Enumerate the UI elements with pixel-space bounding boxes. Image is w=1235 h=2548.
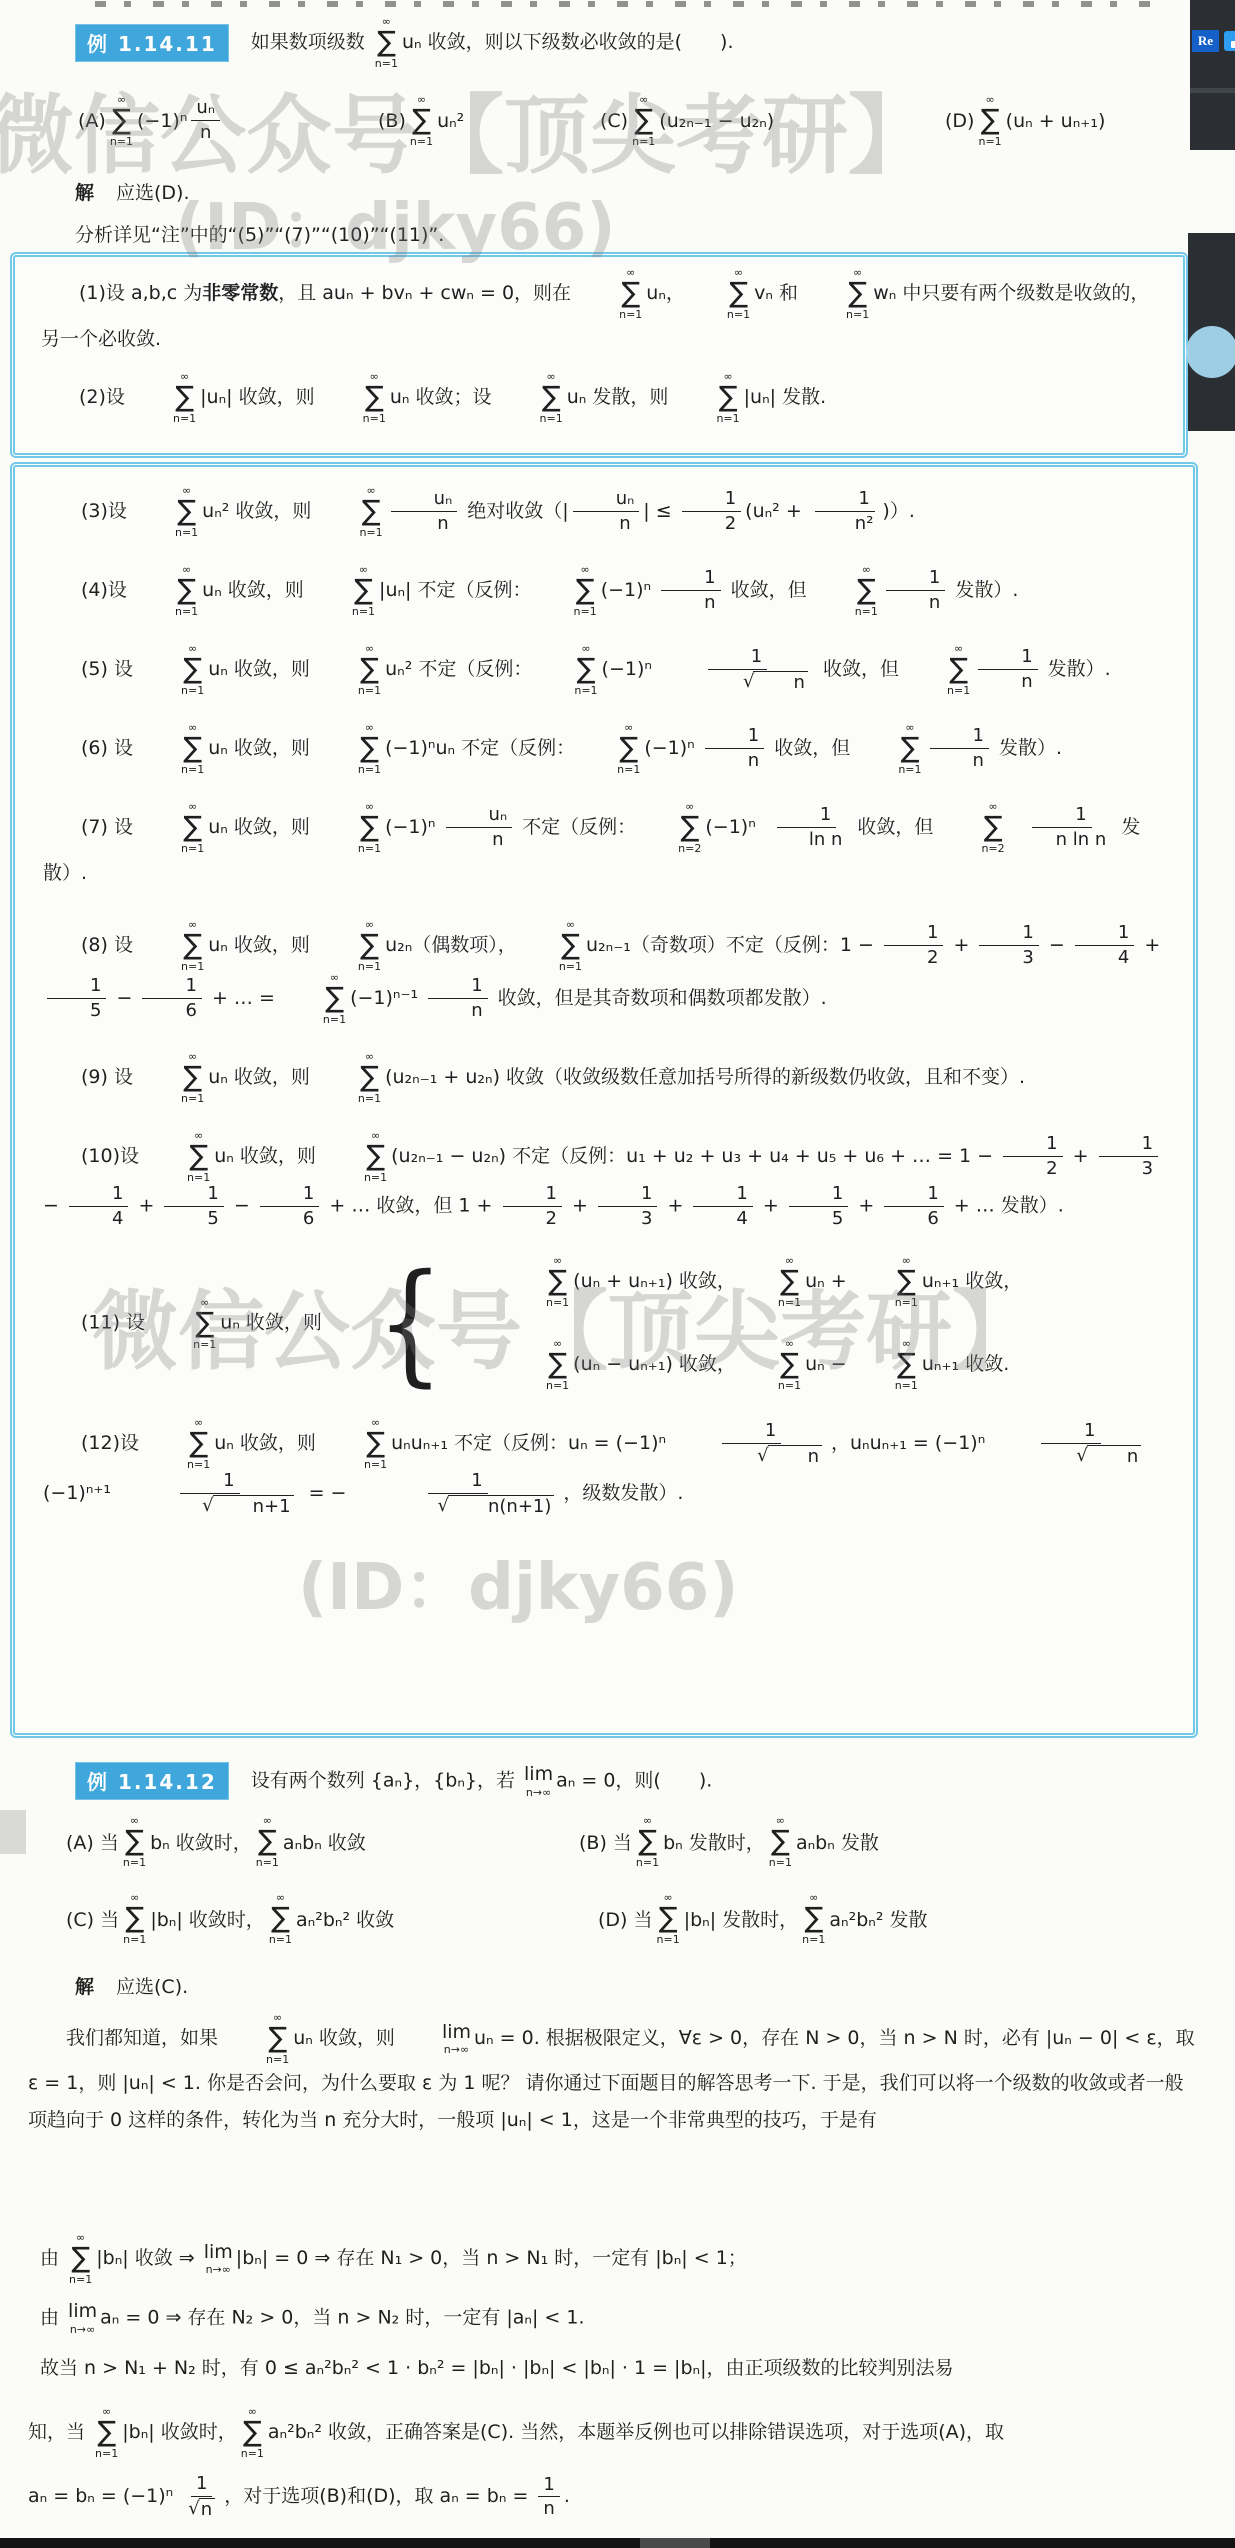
sigma-operator: ∞∑n=1 bbox=[95, 2406, 118, 2459]
fraction: 15 bbox=[789, 1183, 848, 1229]
example-2-header: 例 1.14.12 设有两个数列 {aₙ}，{bₙ}，若 limn→∞aₙ = … bbox=[75, 1762, 1155, 1800]
sigma-operator: ∞∑n=1 bbox=[241, 2406, 264, 2459]
derivation-block: 由 ∞∑n=1|bₙ| 收敛 ⇒ limn→∞|bₙ| = 0 ⇒ 存在 N₁ … bbox=[40, 2232, 1210, 2380]
sigma-operator: ∞∑n=1 bbox=[325, 371, 386, 424]
fraction: 1n bbox=[538, 2474, 559, 2520]
cropped-text-edge bbox=[95, 1, 1165, 7]
sigma-operator: ∞∑n=1 bbox=[632, 94, 655, 147]
example-1-option-c: (C) ∞∑n=1(u₂ₙ₋₁ − u₂ₙ) bbox=[600, 94, 774, 147]
sigma-operator: ∞∑n=1 bbox=[857, 1338, 918, 1391]
answer-text: 应选(D). bbox=[116, 182, 190, 204]
square-root: √n bbox=[705, 671, 808, 694]
sigma-operator: ∞∑n=1 bbox=[149, 1417, 210, 1470]
sigma-operator: ∞∑n=1 bbox=[521, 919, 582, 972]
document-app-icon[interactable] bbox=[1224, 31, 1235, 51]
fraction: 1n bbox=[705, 725, 764, 771]
example-1-option-b: (B) ∞∑n=1uₙ² bbox=[378, 94, 464, 147]
sigma-operator: ∞∑n=1 bbox=[636, 1815, 659, 1868]
sigma-operator: ∞∑n=1 bbox=[326, 1417, 387, 1470]
limit-operator: limn→∞ bbox=[68, 2301, 97, 2335]
fraction: 12 bbox=[682, 488, 741, 534]
example-1-option-a: (A) ∞∑n=1(−1)ⁿ uₙn bbox=[78, 94, 224, 147]
fraction: 12 bbox=[884, 922, 943, 968]
sigma-operator: ∞∑n=2 bbox=[640, 801, 701, 854]
fraction: 14 bbox=[1075, 922, 1134, 968]
sigma-operator: ∞∑n=1 bbox=[314, 564, 375, 617]
example-1-answer: 解应选(D). bbox=[75, 178, 190, 205]
sigma-operator: ∞∑n=1 bbox=[320, 1051, 381, 1104]
sigma-operator: ∞∑n=1 bbox=[536, 564, 597, 617]
sigma-operator: ∞∑n=1 bbox=[657, 1892, 680, 1945]
conclusion-line-2: aₙ = bₙ = (−1)ⁿ 1√n，对于选项(B)和(D)，取 aₙ = b… bbox=[28, 2473, 1208, 2520]
sigma-operator: ∞∑n=1 bbox=[581, 267, 642, 320]
conclusion-line-1: 知，当 ∞∑n=1|bₙ| 收敛时，∞∑n=1aₙ²bₙ² 收敛，正确答案是(C… bbox=[28, 2406, 1208, 2459]
fraction: 1√n+1 bbox=[121, 1470, 298, 1517]
example-1-header: 例 1.14.11 如果数项级数 ∞∑n=1uₙ 收敛，则以下级数必收敛的是( … bbox=[75, 16, 1155, 69]
fraction: 12 bbox=[1003, 1133, 1062, 1179]
square-root: √n bbox=[1038, 1445, 1141, 1468]
reader-app-icon[interactable]: Re bbox=[1192, 30, 1219, 52]
note-item-5: (5) 设 ∞∑n=1uₙ 收敛，则 ∞∑n=1uₙ² 不定（反例：∞∑n=1(… bbox=[43, 643, 1165, 696]
fraction: 1√n bbox=[183, 2473, 220, 2520]
sigma-operator: ∞∑n=2 bbox=[943, 801, 1004, 854]
limit-operator: limn→∞ bbox=[524, 1764, 553, 1798]
bottom-bar bbox=[0, 2538, 1235, 2548]
sigma-operator: ∞∑n=1 bbox=[269, 1892, 292, 1945]
fraction: 1n bbox=[661, 567, 720, 613]
example-2-option-a: (A) 当 ∞∑n=1bₙ 收敛时，∞∑n=1aₙbₙ 收敛 bbox=[66, 1815, 366, 1868]
sigma-operator: ∞∑n=1 bbox=[228, 2012, 289, 2065]
fraction: 16 bbox=[260, 1183, 319, 1229]
sigma-operator: ∞∑n=1 bbox=[321, 485, 382, 538]
sigma-operator: ∞∑n=1 bbox=[740, 1338, 801, 1391]
limit-operator: limn→∞ bbox=[404, 2022, 471, 2056]
fraction: uₙn bbox=[391, 488, 458, 534]
sigma-operator: ∞∑n=1 bbox=[678, 371, 739, 424]
sigma-operator: ∞∑n=1 bbox=[123, 1892, 146, 1945]
fraction: 13 bbox=[979, 922, 1038, 968]
sigma-operator: ∞∑n=1 bbox=[155, 1297, 216, 1350]
sigma-operator: ∞∑n=1 bbox=[143, 722, 204, 775]
square-root: √n bbox=[188, 2498, 215, 2521]
note-item-8: (8) 设 ∞∑n=1uₙ 收敛，则 ∞∑n=1u₂ₙ（偶数项），∞∑n=1u₂… bbox=[43, 919, 1165, 1025]
fraction: 1√n(n+1) bbox=[357, 1470, 560, 1517]
fraction: uₙn bbox=[446, 804, 513, 850]
scanned-textbook-page: 微信公众号【顶尖考研】 (ID：djky66) 微信公众号【顶尖考研】 (ID：… bbox=[0, 0, 1235, 2548]
conclusion-block: 知，当 ∞∑n=1|bₙ| 收敛时，∞∑n=1aₙ²bₙ² 收敛，正确答案是(C… bbox=[28, 2406, 1208, 2520]
fraction: 14 bbox=[69, 1183, 128, 1229]
example-2-question: 设有两个数列 {aₙ}，{bₙ}，若 limn→∞aₙ = 0，则( ). bbox=[251, 1764, 713, 1798]
sigma-operator: ∞∑n=1 bbox=[808, 267, 869, 320]
example-2-option-b: (B) 当 ∞∑n=1bₙ 发散时，∞∑n=1aₙbₙ 发散 bbox=[579, 1815, 879, 1868]
answer-label-2: 解 bbox=[75, 1976, 94, 1998]
sigma-operator: ∞∑n=1 bbox=[508, 1338, 569, 1391]
sigma-operator: ∞∑n=1 bbox=[689, 267, 750, 320]
sigma-operator: ∞∑n=1 bbox=[375, 16, 398, 69]
sigma-operator: ∞∑n=1 bbox=[802, 1892, 825, 1945]
note-item-3: (3)设 ∞∑n=1uₙ² 收敛，则 ∞∑n=1uₙn 绝对收敛（|uₙn| ≤… bbox=[43, 485, 1165, 538]
fraction: uₙn bbox=[573, 488, 640, 534]
sigma-operator: ∞∑n=1 bbox=[69, 2232, 92, 2285]
sigma-operator: ∞∑n=1 bbox=[502, 371, 563, 424]
fraction: 1ln n bbox=[766, 804, 848, 850]
example-2-answer: 解应选(C). bbox=[75, 1972, 188, 1999]
cases-brace: {∞∑n=1(uₙ + uₙ₊₁) 收敛，∞∑n=1uₙ + ∞∑n=1uₙ₊₁… bbox=[334, 1255, 1022, 1391]
fraction: 1n² bbox=[812, 488, 879, 534]
sigma-operator: ∞∑n=1 bbox=[326, 1130, 387, 1183]
fraction: 13 bbox=[1099, 1133, 1158, 1179]
fraction: 1n bbox=[978, 646, 1037, 692]
sigma-operator: ∞∑n=1 bbox=[285, 972, 346, 1025]
sigma-operator: ∞∑n=1 bbox=[579, 722, 640, 775]
sigma-operator: ∞∑n=1 bbox=[143, 1051, 204, 1104]
note-item-11: (11) 设 ∞∑n=1uₙ 收敛，则 {∞∑n=1(uₙ + uₙ₊₁) 收敛… bbox=[43, 1255, 1165, 1391]
panel-separator bbox=[1190, 88, 1235, 93]
scan-artifact bbox=[0, 1810, 26, 1854]
fraction: 1n bbox=[428, 975, 487, 1021]
sigma-operator: ∞∑n=1 bbox=[135, 371, 196, 424]
fraction: 1n bbox=[886, 567, 945, 613]
sigma-operator: ∞∑n=1 bbox=[149, 1130, 210, 1183]
sigma-operator: ∞∑n=1 bbox=[909, 643, 970, 696]
note-box-2: (3)设 ∞∑n=1uₙ² 收敛，则 ∞∑n=1uₙn 绝对收敛（|uₙn| ≤… bbox=[10, 462, 1198, 1738]
answer-text-2: 应选(C). bbox=[116, 1976, 188, 1998]
sigma-operator: ∞∑n=1 bbox=[410, 94, 433, 147]
discussion-paragraph: 我们都知道，如果 ∞∑n=1uₙ 收敛，则 limn→∞uₙ = 0. 根据极限… bbox=[28, 2012, 1200, 2139]
note-item-6: (6) 设 ∞∑n=1uₙ 收敛，则 ∞∑n=1(−1)ⁿuₙ 不定（反例：∞∑… bbox=[43, 722, 1165, 775]
sigma-operator: ∞∑n=1 bbox=[123, 1815, 146, 1868]
sigma-operator: ∞∑n=1 bbox=[769, 1815, 792, 1868]
fraction: 15 bbox=[164, 1183, 223, 1229]
sigma-operator: ∞∑n=1 bbox=[857, 1255, 918, 1308]
sigma-operator: ∞∑n=1 bbox=[256, 1815, 279, 1868]
example-1-analysis: 分析详见“注”中的“(5)”“(7)”“(10)”“(11)”. bbox=[75, 220, 444, 247]
fraction: 1√n bbox=[995, 1420, 1146, 1467]
sigma-operator: ∞∑n=1 bbox=[110, 94, 133, 147]
sigma-operator: ∞∑n=1 bbox=[320, 722, 381, 775]
derivation-line-3: 故当 n > N₁ + N₂ 时，有 0 ≤ aₙ²bₙ² < 1 · bₙ² … bbox=[40, 2353, 1210, 2380]
sigma-operator: ∞∑n=1 bbox=[740, 1255, 801, 1308]
sigma-operator: ∞∑n=1 bbox=[817, 564, 878, 617]
fraction: 13 bbox=[598, 1183, 657, 1229]
fraction: uₙn bbox=[191, 97, 220, 143]
derivation-line-2: 由 limn→∞aₙ = 0 ⇒ 存在 N₂ > 0，当 n > N₂ 时，一定… bbox=[40, 2301, 1210, 2335]
sigma-operator: ∞∑n=1 bbox=[536, 643, 597, 696]
sigma-operator: ∞∑n=1 bbox=[320, 919, 381, 972]
sigma-operator: ∞∑n=1 bbox=[143, 919, 204, 972]
sigma-operator: ∞∑n=1 bbox=[143, 801, 204, 854]
note-item-4: (4)设 ∞∑n=1uₙ 收敛，则 ∞∑n=1|uₙ| 不定（反例：∞∑n=1(… bbox=[43, 564, 1165, 617]
sigma-operator: ∞∑n=1 bbox=[137, 485, 198, 538]
right-dark-panel bbox=[1190, 0, 1235, 150]
example-2-option-d: (D) 当 ∞∑n=1|bₙ| 发散时，∞∑n=1aₙ²bₙ² 发散 bbox=[598, 1892, 927, 1945]
example-1-option-d: (D) ∞∑n=1(uₙ + uₙ₊₁) bbox=[945, 94, 1105, 147]
note-item-10: (10)设 ∞∑n=1uₙ 收敛，则 ∞∑n=1(u₂ₙ₋₁ − u₂ₙ) 不定… bbox=[43, 1130, 1165, 1229]
example-2-badge: 例 1.14.12 bbox=[75, 1762, 229, 1800]
fraction: 1n bbox=[930, 725, 989, 771]
note-item-1: (1)设 a,b,c 为非零常数，且 auₙ + bvₙ + cwₙ = 0，则… bbox=[41, 267, 1157, 359]
fraction: 1n ln n bbox=[1013, 804, 1112, 850]
example-1-badge: 例 1.14.11 bbox=[75, 24, 229, 62]
fraction: 16 bbox=[142, 975, 201, 1021]
fraction: 12 bbox=[503, 1183, 562, 1229]
sigma-operator: ∞∑n=1 bbox=[137, 564, 198, 617]
blue-dot-decoration bbox=[1186, 326, 1235, 378]
limit-operator: limn→∞ bbox=[204, 2242, 233, 2276]
square-root: √n bbox=[719, 1445, 822, 1468]
example-1-question: 如果数项级数 ∞∑n=1uₙ 收敛，则以下级数必收敛的是( ). bbox=[251, 16, 734, 69]
sigma-operator: ∞∑n=1 bbox=[320, 801, 381, 854]
fraction: 1√n bbox=[662, 646, 813, 693]
fraction: 15 bbox=[47, 975, 106, 1021]
fraction: 16 bbox=[884, 1183, 943, 1229]
example-2-option-c: (C) 当 ∞∑n=1|bₙ| 收敛时，∞∑n=1aₙ²bₙ² 收敛 bbox=[66, 1892, 394, 1945]
answer-label: 解 bbox=[75, 182, 94, 204]
note-item-9: (9) 设 ∞∑n=1uₙ 收敛，则 ∞∑n=1(u₂ₙ₋₁ + u₂ₙ) 收敛… bbox=[43, 1051, 1165, 1104]
sigma-operator: ∞∑n=1 bbox=[320, 643, 381, 696]
note-item-12: (12)设 ∞∑n=1uₙ 收敛，则 ∞∑n=1uₙuₙ₊₁ 不定（反例：uₙ … bbox=[43, 1417, 1165, 1517]
sigma-operator: ∞∑n=1 bbox=[978, 94, 1001, 147]
fraction: 1√n bbox=[676, 1420, 827, 1467]
note-item-7: (7) 设 ∞∑n=1uₙ 收敛，则 ∞∑n=1(−1)ⁿ uₙn 不定（反例：… bbox=[43, 801, 1165, 893]
square-root: √n+1 bbox=[164, 1495, 293, 1518]
derivation-line-1: 由 ∞∑n=1|bₙ| 收敛 ⇒ limn→∞|bₙ| = 0 ⇒ 存在 N₁ … bbox=[40, 2232, 1210, 2285]
sigma-operator: ∞∑n=1 bbox=[143, 643, 204, 696]
bottom-bar-segment bbox=[640, 2538, 710, 2548]
sigma-operator: ∞∑n=1 bbox=[508, 1255, 569, 1308]
sigma-operator: ∞∑n=1 bbox=[860, 722, 921, 775]
note-box-1: (1)设 a,b,c 为非零常数，且 auₙ + bvₙ + cwₙ = 0，则… bbox=[10, 252, 1188, 458]
note-item-2: (2)设 ∞∑n=1|uₙ| 收敛，则 ∞∑n=1uₙ 收敛；设 ∞∑n=1uₙ… bbox=[41, 371, 1157, 424]
fraction: 14 bbox=[693, 1183, 752, 1229]
square-root: √n(n+1) bbox=[400, 1495, 555, 1518]
